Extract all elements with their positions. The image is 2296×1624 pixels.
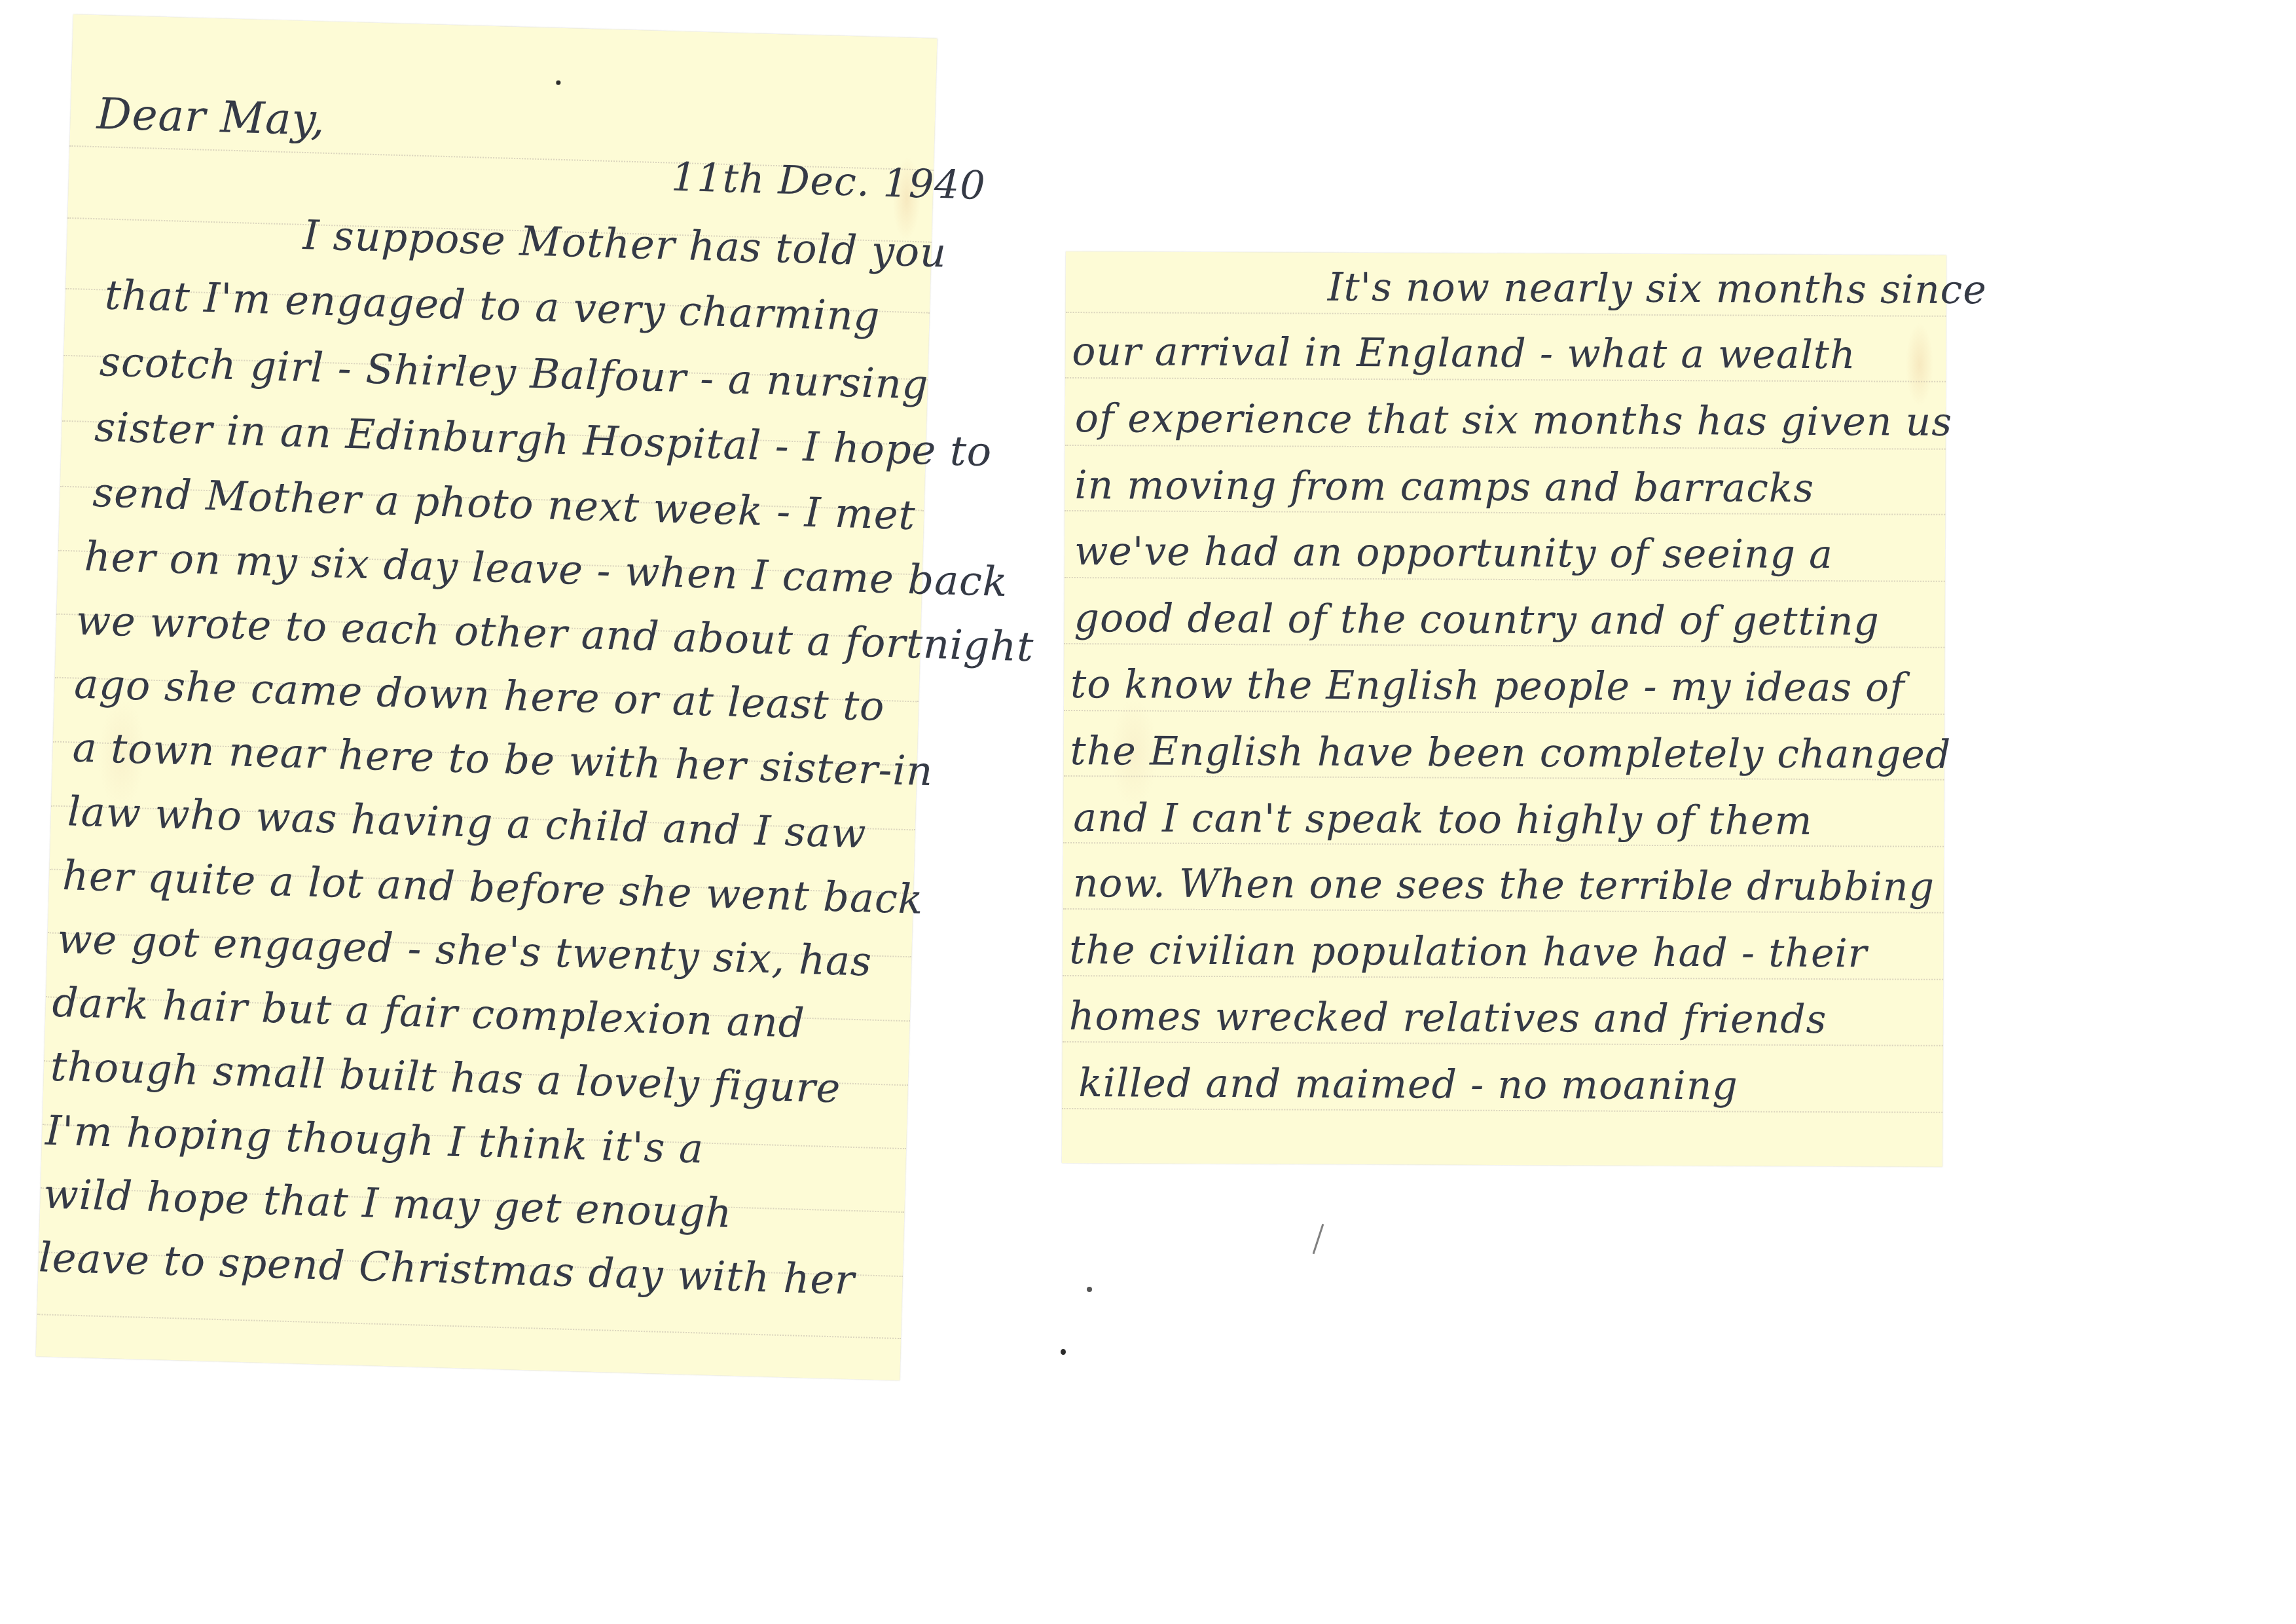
letter-line: scotch girl - Shirley Balfour - a nursin…: [99, 337, 929, 408]
letter-line: her on my six day leave - when I came ba…: [84, 532, 1009, 606]
letter-line: It's now nearly six months since: [1328, 265, 1987, 313]
letter-page-1: Dear May, 11th Dec. 1940 I suppose Mothe…: [36, 14, 938, 1380]
letter-line: send Mother a photo next week - I met: [92, 468, 917, 539]
scan-mark: [1313, 1224, 1324, 1255]
letter-line: dark hair but a fair complexion and: [52, 978, 806, 1047]
letter-line: her quite a lot and before she went back: [62, 851, 924, 923]
letter-line: ago she came down here or at least to: [73, 659, 885, 730]
letter-date: 11th Dec. 1940: [670, 155, 986, 209]
letter-line: I suppose Mother has told you: [302, 211, 947, 276]
letter-line: I'm hoping though I think it's a: [45, 1106, 704, 1172]
letter-line: sister in an Edinburgh Hospital - I hope…: [94, 403, 993, 475]
letter-line: wild hope that I may get enough: [43, 1170, 733, 1236]
letter-line: now. When one sees the terrible drubbing: [1073, 860, 1935, 910]
letter-line: homes wrecked relatives and friends: [1069, 993, 1827, 1043]
scan-speck: [1087, 1287, 1092, 1292]
ruled-line: [1065, 377, 1946, 382]
letter-line: we got engaged - she's twenty six, has: [57, 915, 873, 986]
letter-page-2: It's now nearly six months since our arr…: [1062, 251, 1946, 1167]
salutation: Dear May,: [96, 88, 326, 145]
letter-line: to know the English people - my ideas of: [1070, 661, 1905, 711]
ruled-line: [1065, 577, 1945, 582]
ruled-line: [1062, 1108, 1942, 1113]
letter-line: of experience that six months has given …: [1075, 396, 1952, 445]
scan-speck: [1061, 1349, 1066, 1355]
ruled-line: [1066, 312, 1946, 317]
letter-line: good deal of the country and of getting: [1074, 595, 1880, 644]
ruled-line: [1065, 445, 1946, 450]
ruled-line: [1064, 710, 1944, 715]
letter-line: we wrote to each other and about a fortn…: [75, 596, 1034, 671]
letter-line: the civilian population have had - their: [1069, 927, 1867, 976]
letter-line: leave to spend Christmas day with her: [38, 1233, 856, 1304]
letter-line: our arrival in England - what a wealth: [1072, 329, 1856, 378]
letter-line: the English have been completely changed: [1070, 728, 1952, 778]
ink-speck: [556, 81, 560, 85]
letter-line: killed and maimed - no moaning: [1078, 1060, 1738, 1109]
letter-line: though small built has a lovely figure: [50, 1043, 841, 1113]
letter-line: a town near here to be with her sister-i…: [72, 723, 934, 795]
letter-line: and I can't speak too highly of them: [1073, 795, 1813, 844]
ruled-line: [37, 1314, 902, 1339]
letter-line: in moving from camps and barracks: [1074, 462, 1814, 511]
letter-line: we've had an opportunity of seeing a: [1074, 528, 1833, 578]
letter-line: that I'm engaged to a very charming: [104, 271, 881, 341]
letter-line: law who was having a child and I saw: [67, 787, 867, 857]
